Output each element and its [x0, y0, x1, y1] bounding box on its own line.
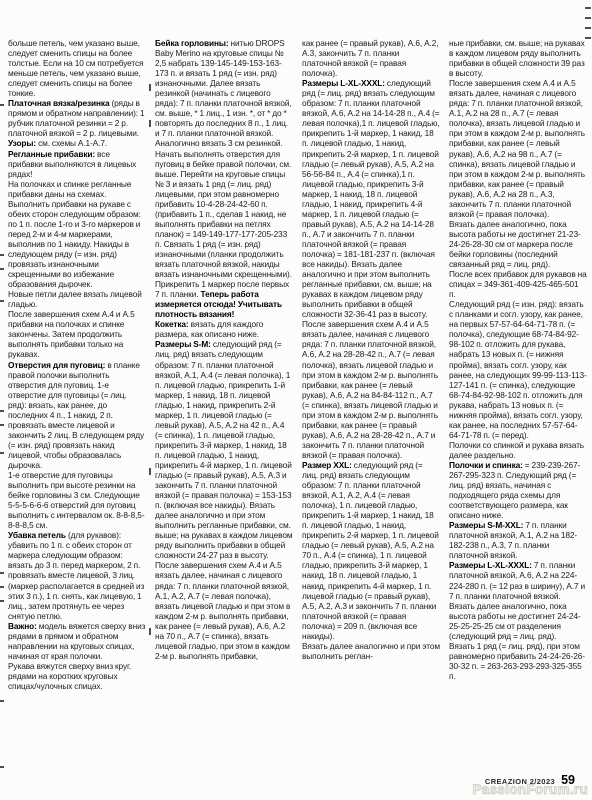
paragraph: Полочки и спинка: = 239-239-267-267-295-…	[449, 460, 587, 520]
paragraph-lead-bold: Узоры:	[8, 138, 36, 148]
scan-mark	[0, 410, 4, 412]
paragraph-text: После завершения схем А.4 и А.5 прибавки…	[8, 309, 135, 359]
paragraph: Следующий ряд (= изн. ряд): вязать с пла…	[449, 299, 587, 440]
scan-mark	[0, 766, 4, 768]
paragraph-text: см. схемы А.1-А.7.	[36, 138, 107, 148]
paragraph: Вязать 1 ряд (= лиц. ряд), при этом равн…	[449, 641, 587, 681]
paragraph: Платочная вязка/резинка (ряды в прямом и…	[8, 98, 146, 138]
scan-mark	[0, 300, 4, 302]
scan-mark	[0, 104, 4, 106]
paragraph-lead-bold: Платочная вязка/резинка	[8, 98, 109, 108]
scan-mark	[0, 700, 4, 702]
paragraph: Размеры S-M-XXL: 7 п. планки платочной в…	[449, 520, 587, 560]
paragraph-text: Выполнить прибавки на рукаве с обеих сто…	[8, 199, 141, 289]
scan-mark	[0, 452, 4, 454]
paragraph-text: После всех прибавок для рукавов на спица…	[449, 269, 587, 299]
paragraph-lead-bold: Размеры S-M:	[155, 339, 211, 349]
scan-mark	[0, 586, 4, 588]
scan-mark	[0, 424, 4, 426]
text-column-4: ные прибавки, см. выше; на рукавах в каж…	[449, 38, 587, 772]
paragraph: Размеры L-XL-XXXL: следующий ряд (= лиц.…	[302, 78, 440, 319]
paragraph-text: следующий ряд (= лиц. ряд) вязать следую…	[302, 460, 439, 641]
paragraph: После завершения схем А.4 и А.5 вязать д…	[155, 560, 293, 660]
paragraph-lead-bold: Размеры S-M-XXL:	[449, 520, 523, 530]
paragraph-text: ные прибавки, см. выше; на рукавах в каж…	[449, 38, 585, 78]
scan-mark	[149, 628, 151, 635]
paragraph-text: (для рукавов): убавить по 1 п. с обеих с…	[8, 530, 144, 620]
paragraph: После завершения схем А.4 и А.5 вязать д…	[302, 319, 440, 460]
paragraph-lead-bold: Важно:	[8, 621, 37, 631]
paragraph-text: После завершения схем А.4 и А.5 вязать д…	[449, 78, 585, 219]
scan-mark	[0, 268, 4, 270]
paragraph-lead-bold: Размер XXL:	[302, 460, 352, 470]
paragraph-text: Вязать далее аналогично и при этом выпол…	[302, 641, 440, 661]
scan-mark	[585, 17, 591, 19]
scan-mark	[585, 37, 591, 39]
paragraph: больше петель, чем указано выше, следует…	[8, 38, 146, 98]
paragraph: Кокетка: вязать для каждого размера, как…	[155, 319, 293, 339]
scan-mark	[585, 27, 591, 29]
paragraph: Размеры S-M: следующий ряд (= лиц. ряд) …	[155, 339, 293, 560]
paragraph: Рукава вяжутся сверху вниз круг. рядами …	[8, 661, 146, 691]
paragraph-lead-bold: Отверстия для пуговиц:	[8, 360, 105, 370]
paragraph-text: в планке правой полочки выполнить отверс…	[8, 360, 144, 470]
paragraph: Узоры: см. схемы А.1-А.7.	[8, 138, 146, 148]
scan-mark	[149, 84, 151, 91]
paragraph: Вязать далее аналогично, пока высота раб…	[449, 219, 587, 269]
paragraph-text: Полочки со спинкой и рукава вязать далее…	[449, 440, 584, 460]
paragraph-text: следующий ряд (= лиц. ряд) вязать следую…	[302, 78, 440, 319]
paragraph-text: как ранее (= правый рукав), А.6, А.2, А.…	[302, 38, 438, 78]
scan-mark	[149, 120, 151, 127]
text-column-2: Бейка горловины: нитью DROPS Baby Merino…	[155, 38, 293, 772]
paragraph-lead-bold: Регланные прибавки:	[8, 149, 95, 159]
paragraph: как ранее (= правый рукав), А.6, А.2, А.…	[302, 38, 440, 78]
paragraph: Полочки со спинкой и рукава вязать далее…	[449, 440, 587, 460]
paragraph: Убавка петель (для рукавов): убавить по …	[8, 530, 146, 620]
text-column-1: больше петель, чем указано выше, следует…	[8, 38, 146, 772]
paragraph: После завершения схем А.4 и А.5 прибавки…	[8, 309, 146, 359]
paragraph-text: Рукава вяжутся сверху вниз круг. рядами …	[8, 661, 131, 691]
paragraph: Размеры L-XL-XXXL: 7 п. планки платочной…	[449, 560, 587, 600]
paragraph: Размер XXL: следующий ряд (= лиц. ряд) в…	[302, 460, 440, 641]
paragraph-lead-bold: Полочки и спинка:	[449, 460, 523, 470]
paragraph: Выполнить прибавки на рукаве с обеих сто…	[8, 199, 146, 289]
paragraph: На полочках и спинке регланные прибавки …	[8, 179, 146, 199]
paragraph-text: Вязать далее аналогично, пока высота раб…	[449, 601, 581, 641]
scan-mark	[0, 572, 4, 574]
paragraph-text: нитью DROPS Baby Merino на круговые спиц…	[155, 38, 292, 299]
watermark-text: PassionForum.ru	[472, 782, 588, 797]
paragraph: Вязать далее аналогично, пока высота раб…	[449, 601, 587, 641]
paragraph: Важно: модель вяжется сверху вниз рядами…	[8, 621, 146, 661]
paragraph: Отверстия для пуговиц: в планке правой п…	[8, 360, 146, 471]
text-column-3: как ранее (= правый рукав), А.6, А.2, А.…	[302, 38, 440, 772]
paragraph: Вязать далее аналогично и при этом выпол…	[302, 641, 440, 661]
scan-mark	[0, 254, 4, 256]
paragraph-text: После завершения схем А.4 и А.5 вязать д…	[155, 560, 290, 660]
paragraph: Бейка горловины: нитью DROPS Baby Merino…	[155, 38, 293, 319]
paragraph-text: следующий ряд (= лиц. ряд) вязать следую…	[155, 339, 292, 560]
paragraph: ные прибавки, см. выше; на рукавах в каж…	[449, 38, 587, 78]
paragraph-text: Вязать далее аналогично, пока высота раб…	[449, 219, 581, 269]
paragraph-text: На полочках и спинке регланные прибавки …	[8, 179, 131, 199]
paragraph-lead-bold: Убавка петель	[8, 530, 66, 540]
paragraph-text: Вязать 1 ряд (= лиц. ряд), при этом равн…	[449, 641, 585, 681]
paragraph-lead-bold: Бейка горловины:	[155, 38, 229, 48]
scan-mark	[0, 600, 4, 602]
paragraph-text: После завершения схем А.4 и А.5 вязать д…	[302, 319, 438, 460]
paragraph-text: Новые петли далее вязать лицевой гладью.	[8, 289, 142, 309]
paragraph: Регланные прибавки: все прибавки выполня…	[8, 149, 146, 179]
scan-mark	[585, 7, 591, 9]
paragraph: После всех прибавок для рукавов на спица…	[449, 269, 587, 299]
paragraph-text: Следующий ряд (= изн. ряд): вязать с пла…	[449, 299, 587, 440]
scan-mark	[149, 468, 151, 475]
paragraph: После завершения схем А.4 и А.5 вязать д…	[449, 78, 587, 219]
paragraph-text: 1-е отверстие для пуговицы выполнить при…	[8, 470, 144, 530]
paragraph-lead-bold: Размеры L-XL-XXXL:	[449, 560, 532, 570]
paragraph-text: больше петель, чем указано выше, следует…	[8, 38, 143, 98]
paragraph-lead-bold: Размеры L-XL-XXXL:	[302, 78, 385, 88]
paragraph-lead-bold: Кокетка:	[155, 319, 189, 329]
paragraph: Новые петли далее вязать лицевой гладью.	[8, 289, 146, 309]
magazine-page: больше петель, чем указано выше, следует…	[0, 0, 592, 800]
paragraph: 1-е отверстие для пуговицы выполнить при…	[8, 470, 146, 530]
instruction-text-area: больше петель, чем указано выше, следует…	[8, 38, 587, 772]
